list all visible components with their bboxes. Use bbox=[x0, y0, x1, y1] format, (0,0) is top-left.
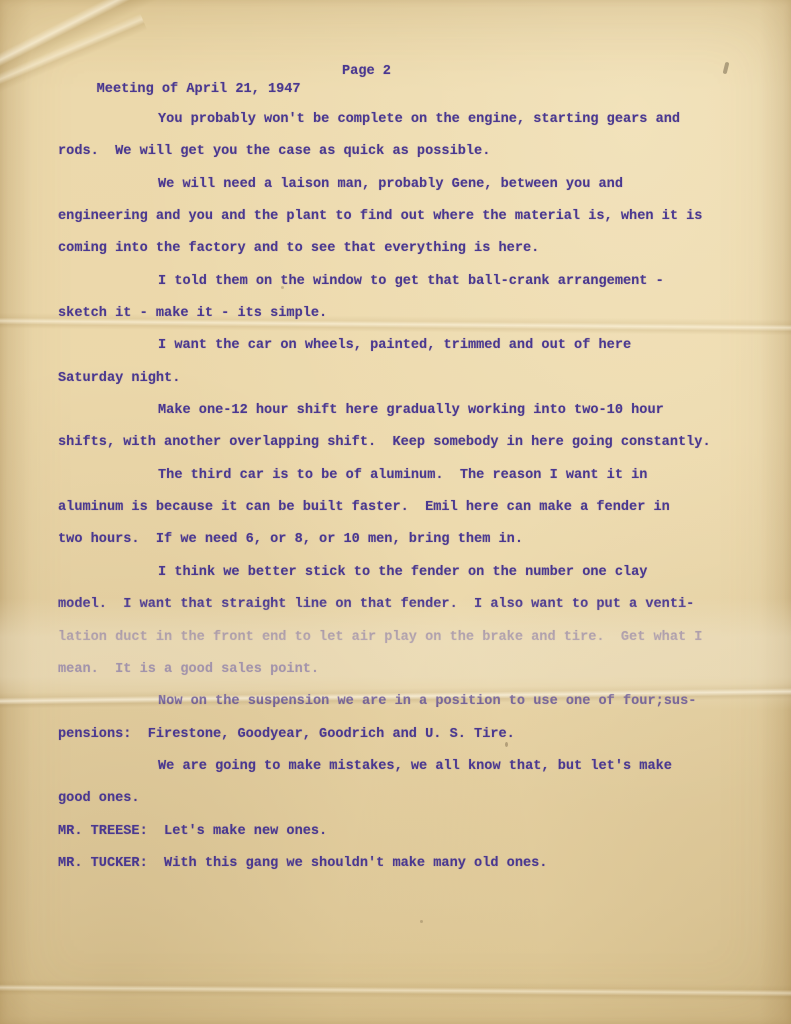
typed-line-faded: lation duct in the front end to let air … bbox=[58, 622, 748, 654]
typed-line-faded: Now on the suspension we are in a positi… bbox=[58, 686, 748, 718]
paper-crease-horizontal-lower bbox=[0, 979, 791, 1001]
typed-line: Saturday night. bbox=[58, 363, 748, 395]
typed-line: model. I want that straight line on that… bbox=[58, 589, 748, 621]
typed-line: sketch it - make it - its simple. bbox=[58, 298, 748, 330]
typed-line: pensions: Firestone, Goodyear, Goodrich … bbox=[58, 719, 748, 751]
typed-line: aluminum is because it can be built fast… bbox=[58, 492, 748, 524]
typed-line: shifts, with another overlapping shift. … bbox=[58, 427, 748, 459]
document-body: You probably won't be complete on the en… bbox=[58, 104, 748, 880]
typed-line: coming into the factory and to see that … bbox=[58, 233, 748, 265]
typed-line: We are going to make mistakes, we all kn… bbox=[58, 751, 748, 783]
typed-line: You probably won't be complete on the en… bbox=[58, 104, 748, 136]
meeting-date-title: Meeting of April 21, 1947 bbox=[97, 82, 301, 97]
typed-line: two hours. If we need 6, or 8, or 10 men… bbox=[58, 524, 748, 556]
typed-line: I told them on the window to get that ba… bbox=[58, 266, 748, 298]
page-header: Meeting of April 21, 1947 Page 2 bbox=[64, 63, 301, 81]
typed-line-speaker-treese: MR. TREESE: Let's make new ones. bbox=[58, 816, 748, 848]
typed-line-speaker-tucker: MR. TUCKER: With this gang we shouldn't … bbox=[58, 848, 748, 880]
paper-speck bbox=[723, 62, 730, 75]
typed-line: The third car is to be of aluminum. The … bbox=[58, 460, 748, 492]
typed-line: I want the car on wheels, painted, trimm… bbox=[58, 330, 748, 362]
typed-line: I think we better stick to the fender on… bbox=[58, 557, 748, 589]
typed-line: good ones. bbox=[58, 783, 748, 815]
paper-speck bbox=[420, 920, 423, 923]
typed-line: We will need a laison man, probably Gene… bbox=[58, 169, 748, 201]
page-number: Page 2 bbox=[342, 63, 391, 81]
typed-line: engineering and you and the plant to fin… bbox=[58, 201, 748, 233]
document-page: Meeting of April 21, 1947 Page 2 You pro… bbox=[0, 0, 791, 1024]
typed-line: Make one-12 hour shift here gradually wo… bbox=[58, 395, 748, 427]
typed-line: rods. We will get you the case as quick … bbox=[58, 136, 748, 168]
typed-line-faded: mean. It is a good sales point. bbox=[58, 654, 748, 686]
